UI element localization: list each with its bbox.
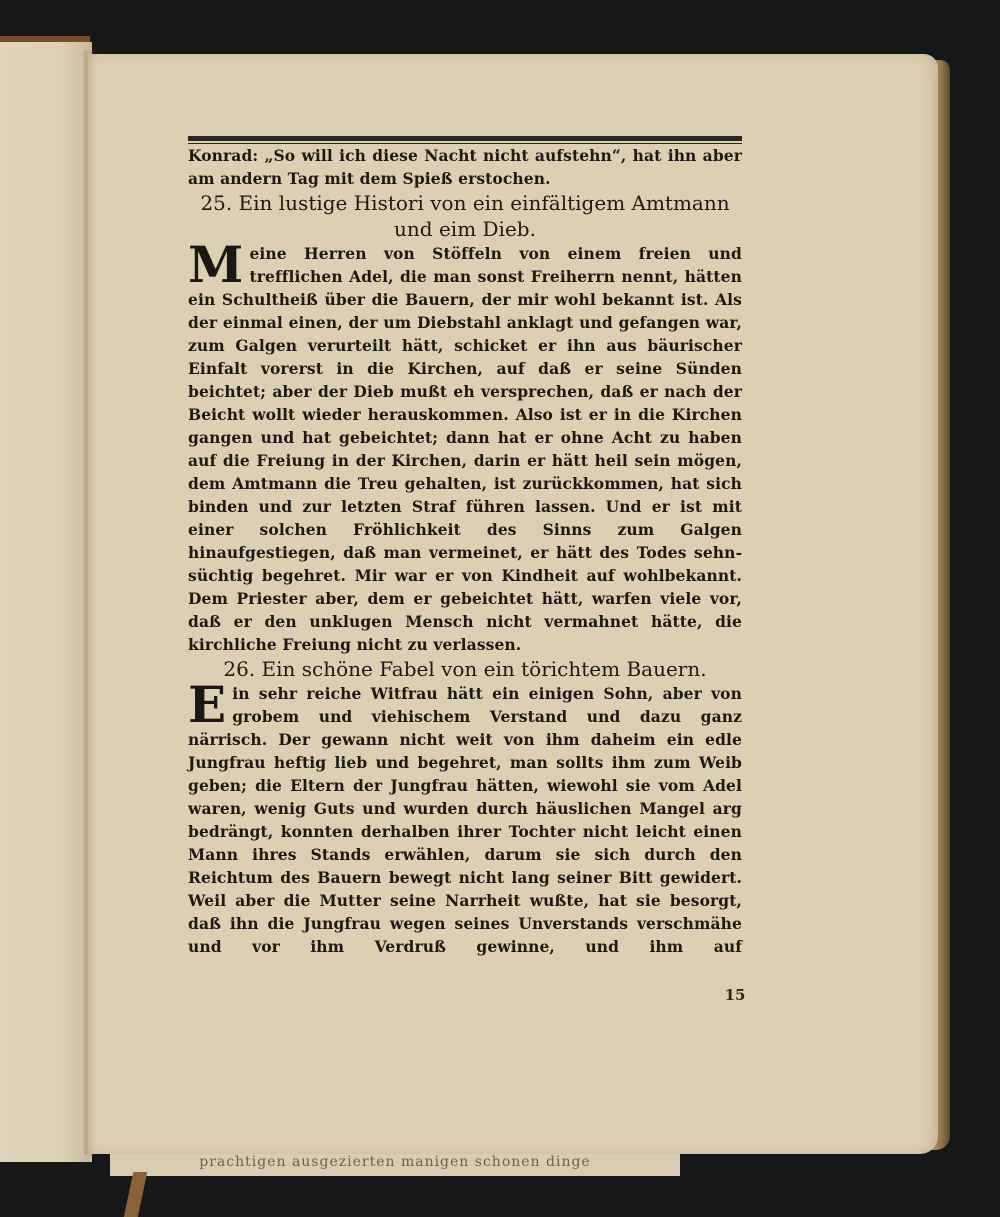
section-25-dropcap: M — [188, 244, 243, 286]
header-rule-thick — [188, 136, 742, 141]
left-page — [0, 42, 92, 1162]
continuation-paragraph: Konrad: „So will ich diese Nacht nicht a… — [188, 144, 742, 190]
section-26-paragraph: Ein sehr reiche Witfrau hätt ein einigen… — [188, 682, 742, 958]
book-gutter — [84, 50, 98, 1155]
page-number: 15 — [720, 986, 750, 1004]
section-25-heading-line2: und eim Dieb. — [394, 217, 536, 241]
section-25-heading: 25. Ein lustige Histori von ein einfälti… — [188, 190, 742, 242]
section-26-dropcap: E — [188, 684, 226, 726]
section-26-text: in sehr reiche Witfrau hätt ein einigen … — [188, 684, 742, 956]
bookmark-ribbon — [123, 1172, 148, 1217]
section-25-heading-line1: 25. Ein lustige Histori von ein einfälti… — [200, 191, 729, 215]
section-26-heading-line1: 26. Ein schöne Fabel von ein törichtem B… — [223, 657, 706, 681]
mirrored-strip-text: prachtigen ausgezierten manigen schonen … — [110, 1154, 680, 1170]
section-25-text: eine Herren von Stöffeln von einem freie… — [188, 244, 742, 654]
section-25-paragraph: Meine Herren von Stöffeln von einem frei… — [188, 242, 742, 656]
section-26-heading: 26. Ein schöne Fabel von ein törichtem B… — [188, 656, 742, 682]
page-content: Konrad: „So will ich diese Nacht nicht a… — [188, 136, 742, 958]
